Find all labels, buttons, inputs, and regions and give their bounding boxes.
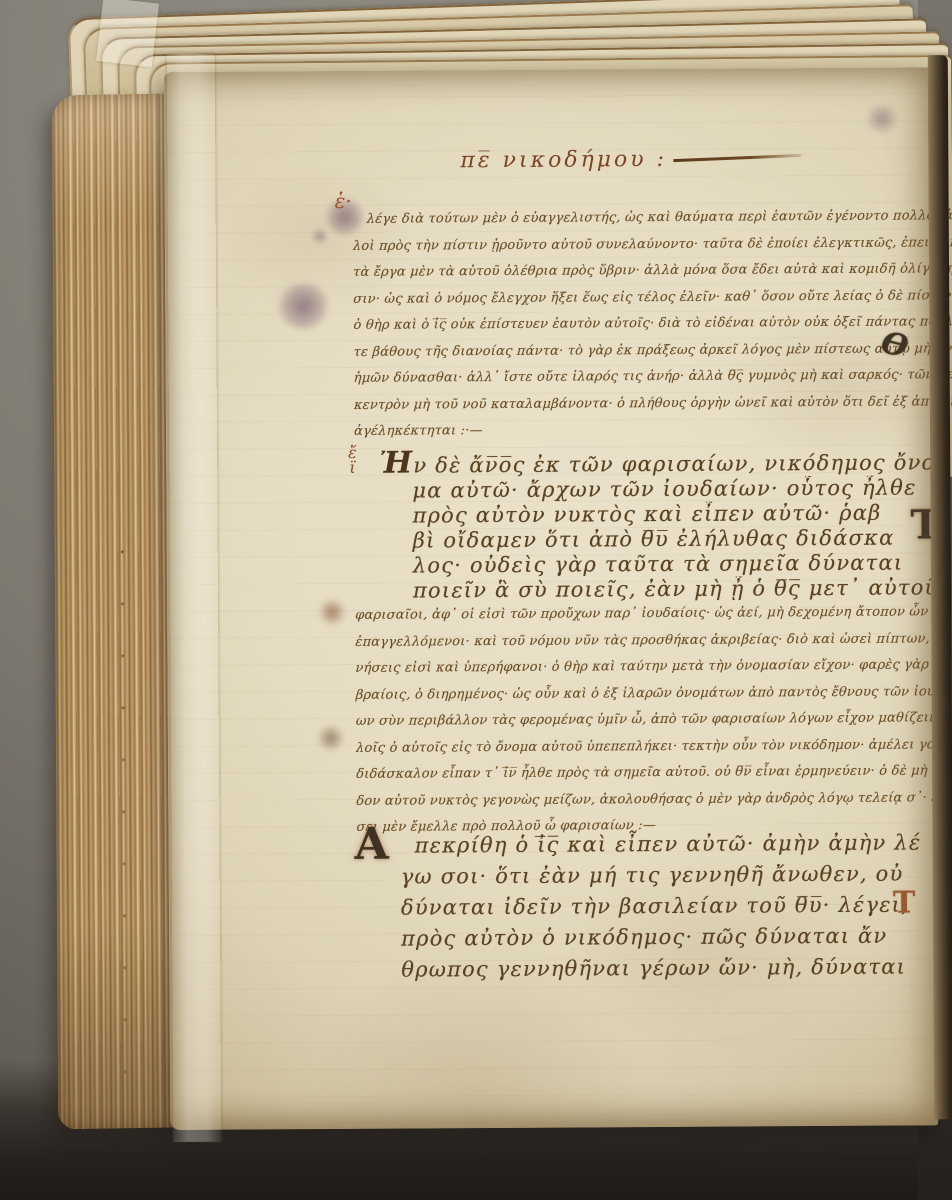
commentary-line: λοὶ πρὸς τὴν πίστιν ᾑροῦντο αὐτοῦ συνελα…	[352, 230, 952, 260]
chapter-title-text: πε̅ νικοδήμου :	[460, 147, 667, 173]
ink-stain	[311, 229, 329, 243]
commentary-block-2: φαρισαῖοι, ἀφ᾽ οἱ εἰσὶ τῶν προὔχων παρ᾽ …	[355, 599, 952, 841]
gospel-text-block-1: Ἦν δὲ ἄν̅ο̅ς ἐκ τῶν φαρισαίων, νικόδημος…	[372, 447, 933, 603]
commentary-line: ὁ θὴρ καὶ ὁ ἰ̅ς̅ οὐκ ἐπίστευεν ἑαυτὸν αὐ…	[353, 309, 952, 339]
commentary-line: κεντρὸν μὴ τοῦ νοῦ καταλαμβάνοντα· ὁ πλή…	[353, 389, 952, 419]
text-area: πε̅ νικοδήμου : ἑ· ἔ ϊ ϴ T T Α λέγε διὰ …	[352, 145, 952, 193]
chapter-title: πε̅ νικοδήμου :	[352, 145, 952, 193]
commentary-block-1: λέγε διὰ τούτων μὲν ὁ εὐαγγελιστής, ὡς κ…	[353, 203, 952, 445]
gospel-line: γω σοι· ὅτι ἐὰν μή τις γεννηθῆ ἄνωθεν, ο…	[375, 858, 935, 892]
ink-blot	[319, 597, 345, 627]
commentary-line: τὰ ἔργα μὲν τὰ αὐτοῦ ὀλέθρια πρὸς ὕβριν·…	[352, 256, 952, 286]
lection-mark: ἔ ϊ	[348, 445, 357, 475]
pricking-holes	[121, 550, 124, 553]
commentary-line: δον αὐτοῦ νυκτὸς γεγονὼς μείζων, ἀκολουθ…	[355, 785, 952, 815]
commentary-line: ἐπαγγελλόμενοι· καὶ τοῦ νόμου νῦν τὰς πρ…	[354, 626, 952, 656]
ink-stain	[277, 283, 329, 329]
gospel-line: θρωπος γεννηθῆναι γέρων ὤν· μὴ, δύναται	[375, 951, 935, 985]
ink-stain	[864, 104, 900, 134]
commentary-line: νήσεις εἰσὶ καὶ ὑπερήφανοι· ὁ θὴρ καὶ τα…	[355, 652, 952, 682]
commentary-line: ἀγέληκέκτηται :·—	[353, 415, 952, 445]
gospel-line: λος· οὐδεὶς γὰρ ταῦτα τὰ σημεῖα δύναται	[373, 550, 933, 578]
commentary-line: ἡμῶν δύνασθαι· ἀλλ᾽ ἴστε οὔτε ἱλαρός τις…	[353, 362, 952, 392]
ink-blot	[316, 725, 346, 751]
commentary-line: διδάσκαλον εἶπαν τ᾽ ἰ̅ν̅ ἦλθε πρὸς τὰ ση…	[355, 758, 952, 788]
gospel-line: Ἦν δὲ ἄν̅ο̅ς ἐκ τῶν φαρισαίων, νικόδημος…	[372, 447, 932, 478]
commentary-line: φαρισαῖοι, ἀφ᾽ οἱ εἰσὶ τῶν προὔχων παρ᾽ …	[354, 599, 952, 629]
gospel-line: μα αὐτῶ· ἄρχων τῶν ἰουδαίων· οὗτος ἦλθε	[372, 475, 932, 503]
gospel-line: βὶ οἴδαμεν ὅτι ἀπὸ θ̅υ̅ ἐλήλυθας διδάσκα	[373, 525, 933, 553]
repair-tape-strip	[167, 54, 222, 1142]
gospel-line: πρὸς αὐτὸν ὁ νικόδημος· πῶς δύναται ἄν	[375, 920, 935, 954]
gospel-line: πρὸς αὐτὸν νυκτὸς καὶ εἶπεν αὐτῶ· ῥαβ	[372, 500, 932, 528]
gospel-initial-alpha: Α	[354, 825, 388, 865]
commentary-line: σιν· ὡς καὶ ὁ νόμος ἔλεγχον ἥξει ἕως εἰς…	[352, 283, 952, 313]
commentary-line: λέγε διὰ τούτων μὲν ὁ εὐαγγελιστής, ὡς κ…	[352, 203, 952, 233]
tau-margin-mark-red: T	[893, 885, 916, 920]
manuscript-codex: πε̅ νικοδήμου : ἑ· ἔ ϊ ϴ T T Α λέγε διὰ …	[52, 47, 952, 1134]
gospel-line: πεκρίθη ὁ ἰ̅ς̅ καὶ εἶπεν αὐτῶ· ἀμὴν ἀμὴν…	[374, 827, 934, 861]
commentary-line: ων σὺν περιβάλλον τὰς φερομένας ὑμῖν ὦ, …	[355, 705, 952, 735]
commentary-line: βραίοις, ὁ διηρημένος· ὡς οὖν καὶ ὁ ἐξ ἱ…	[355, 679, 952, 709]
repair-tape-top	[96, 0, 159, 67]
title-flourish	[673, 154, 801, 162]
gospel-initial-eta: Ἦ	[376, 447, 413, 478]
gospel-line: δύναται ἰδεῖν τὴν βασιλείαν τοῦ θ̅υ̅· λέ…	[375, 889, 935, 923]
parchment-page: πε̅ νικοδήμου : ἑ· ἔ ϊ ϴ T T Α λέγε διὰ …	[164, 67, 938, 1130]
rubric-initial: ἑ·	[335, 193, 352, 209]
fore-edge-page-stack	[52, 93, 182, 1129]
gospel-text-block-2: πεκρίθη ὁ ἰ̅ς̅ καὶ εἶπεν αὐτῶ· ἀμὴν ἀμὴν…	[374, 827, 935, 985]
commentary-line: τε βάθους τῆς διανοίας πάντα· τὸ γὰρ ἐκ …	[353, 336, 952, 366]
commentary-line: λοῖς ὁ αὐτοῖς εἰς τὸ ὄνομα αὐτοῦ ὑπεπεπλ…	[355, 732, 952, 762]
